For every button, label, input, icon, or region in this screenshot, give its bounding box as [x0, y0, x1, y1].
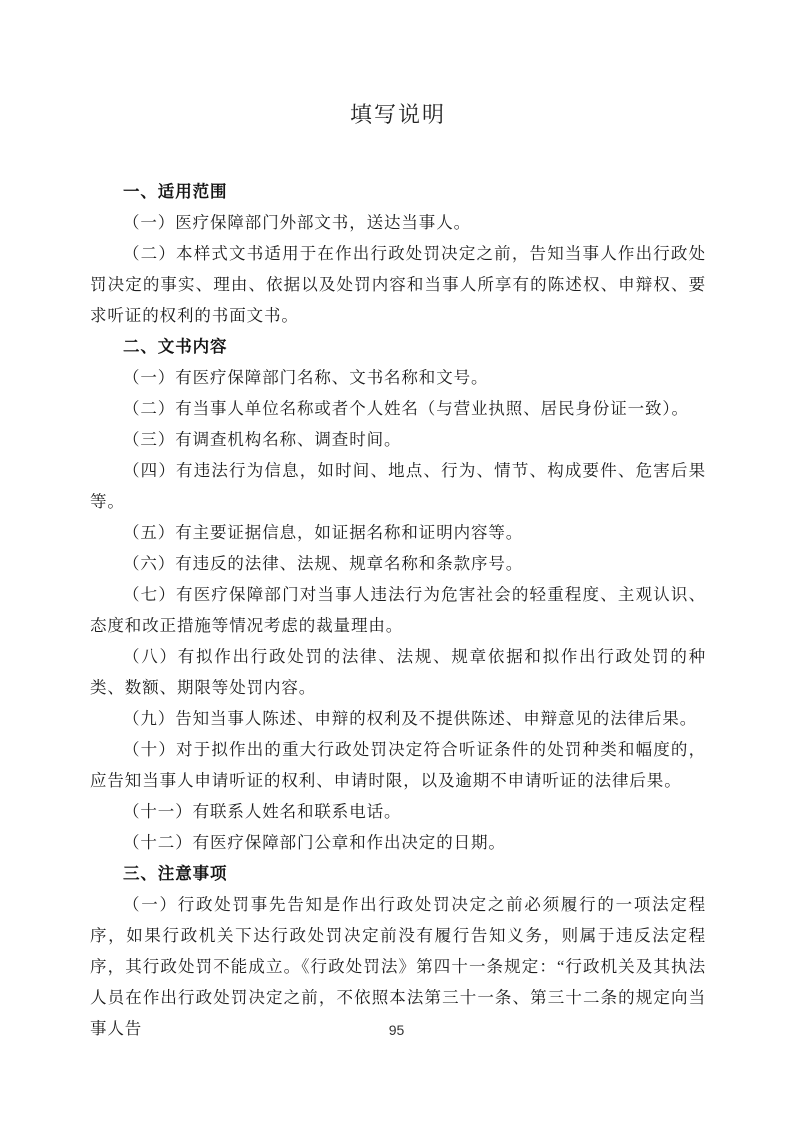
paragraph: （三）有调查机构名称、调查时间。: [90, 424, 706, 455]
paragraph: （四）有违法行为信息，如时间、地点、行为、情节、构成要件、危害后果等。: [90, 455, 706, 517]
section-scope: 一、适用范围 （一）医疗保障部门外部文书，送达当事人。 （二）本样式文书适用于在…: [90, 176, 706, 331]
section-heading: 一、适用范围: [90, 176, 706, 207]
paragraph: （一）行政处罚事先告知是作出行政处罚决定之前必须履行的一项法定程序，如果行政机关…: [90, 889, 706, 1044]
section-heading: 三、注意事项: [90, 858, 706, 889]
page-number: 95: [0, 1022, 793, 1038]
paragraph: （九）告知当事人陈述、申辩的权利及不提供陈述、申辩意见的法律后果。: [90, 703, 706, 734]
paragraph: （二）有当事人单位名称或者个人姓名（与营业执照、居民身份证一致）。: [90, 393, 706, 424]
paragraph: （八）有拟作出行政处罚的法律、法规、规章依据和拟作出行政处罚的种类、数额、期限等…: [90, 641, 706, 703]
paragraph: （十）对于拟作出的重大行政处罚决定符合听证条件的处罚种类和幅度的，应告知当事人申…: [90, 734, 706, 796]
section-document-contents: 二、文书内容 （一）有医疗保障部门名称、文书名称和文号。 （二）有当事人单位名称…: [90, 331, 706, 858]
paragraph: （十一）有联系人姓名和联系电话。: [90, 796, 706, 827]
paragraph: （一）有医疗保障部门名称、文书名称和文号。: [90, 362, 706, 393]
paragraph: （二）本样式文书适用于在作出行政处罚决定之前，告知当事人作出行政处罚决定的事实、…: [90, 238, 706, 331]
section-notes: 三、注意事项 （一）行政处罚事先告知是作出行政处罚决定之前必须履行的一项法定程序…: [90, 858, 706, 1044]
paragraph: （五）有主要证据信息，如证据名称和证明内容等。: [90, 517, 706, 548]
document-content: 填写说明 一、适用范围 （一）医疗保障部门外部文书，送达当事人。 （二）本样式文…: [90, 100, 706, 1044]
document-title: 填写说明: [90, 100, 706, 130]
paragraph: （七）有医疗保障部门对当事人违法行为危害社会的轻重程度、主观认识、态度和改正措施…: [90, 579, 706, 641]
paragraph: （十二）有医疗保障部门公章和作出决定的日期。: [90, 827, 706, 858]
document-page: 填写说明 一、适用范围 （一）医疗保障部门外部文书，送达当事人。 （二）本样式文…: [0, 0, 793, 1122]
paragraph: （一）医疗保障部门外部文书，送达当事人。: [90, 207, 706, 238]
section-heading: 二、文书内容: [90, 331, 706, 362]
paragraph: （六）有违反的法律、法规、规章名称和条款序号。: [90, 548, 706, 579]
